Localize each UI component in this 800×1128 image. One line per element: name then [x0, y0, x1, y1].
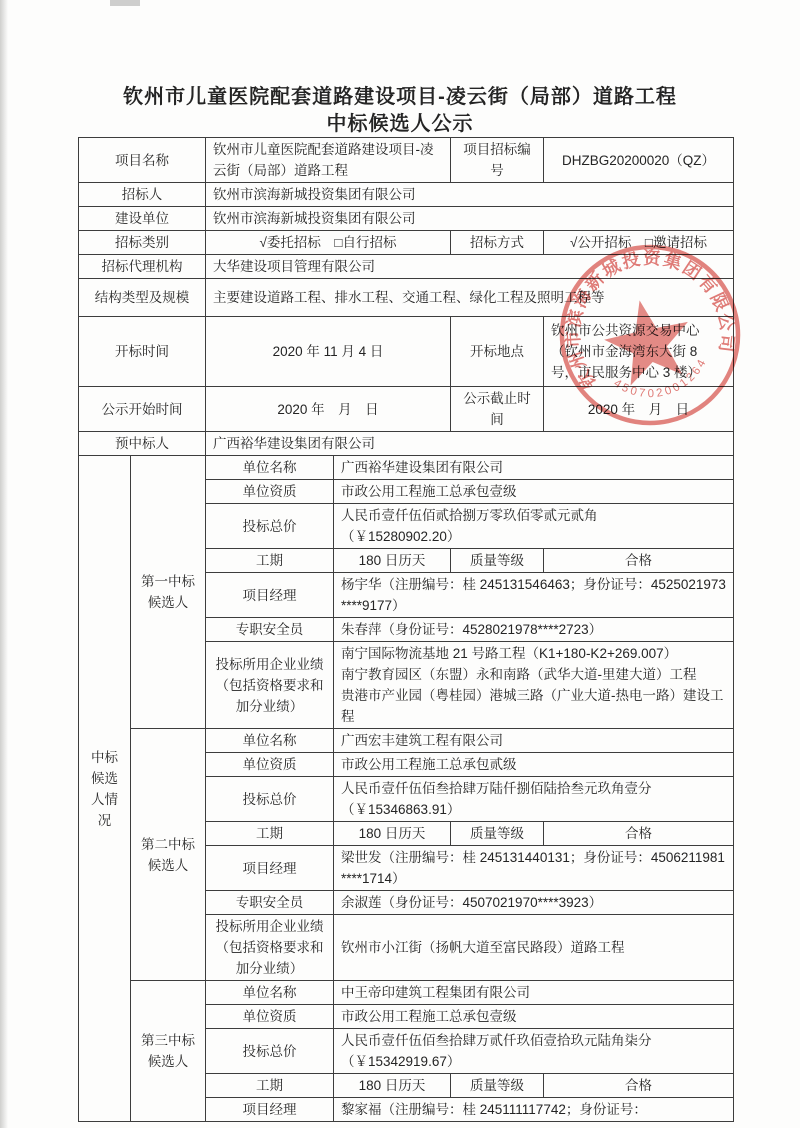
candidate3-pm-label: 项目经理 — [206, 1098, 334, 1122]
candidate3-rank-label: 第三中标候选人 — [131, 981, 206, 1122]
tender-category-label: 招标类别 — [79, 231, 206, 255]
candidate2-achievements-value: 钦州市小江街（扬帆大道至富民路段）道路工程 — [334, 915, 734, 981]
scan-artifact — [110, 0, 140, 6]
structure-type-label: 结构类型及规模 — [79, 279, 206, 317]
document-title: 钦州市儿童医院配套道路建设项目-凌云街（局部）道路工程 中标候选人公示 — [0, 84, 800, 138]
candidate2-unit-name-value: 广西宏丰建筑工程有限公司 — [334, 729, 734, 753]
document-title-line2: 中标候选人公示 — [0, 111, 800, 138]
tender-method-label: 招标方式 — [451, 231, 544, 255]
candidate2-safety-label: 专职安全员 — [206, 891, 334, 915]
candidate2-pm-label: 项目经理 — [206, 846, 334, 891]
candidate1-rank-label: 第一中标候选人 — [131, 456, 206, 729]
bid-opening-time-value: 2020 年 11 月 4 日 — [206, 317, 451, 387]
candidate3-unit-name-value: 中王帝印建筑工程集团有限公司 — [334, 981, 734, 1005]
bid-notice-table: 项目名称 钦州市儿童医院配套道路建设项目-凌云街（局部）道路工程 项目招标编号 … — [78, 137, 734, 1122]
candidate3-duration-value: 180 日历天 — [334, 1074, 451, 1098]
candidate1-achievements-label: 投标所用企业业绩（包括资格要求和加分业绩） — [206, 642, 334, 729]
prewinner-value: 广西裕华建设集团有限公司 — [206, 432, 734, 456]
candidate1-bid-price-label: 投标总价 — [206, 504, 334, 549]
candidate2-achievements-label: 投标所用企业业绩（包括资格要求和加分业绩） — [206, 915, 334, 981]
candidate2-unit-qual-label: 单位资质 — [206, 753, 334, 777]
candidate1-pm-value: 杨宇华（注册编号：桂 245131546463；身份证号：4525021973*… — [334, 573, 734, 618]
candidate1-unit-name-value: 广西裕华建设集团有限公司 — [334, 456, 734, 480]
tenderee-value: 钦州市滨海新城投资集团有限公司 — [206, 183, 734, 207]
candidate2-safety-value: 余淑莲（身份证号：4507021970****3923） — [334, 891, 734, 915]
candidate3-quality-label: 质量等级 — [451, 1074, 544, 1098]
notice-end-value: 2020 年 月 日 — [544, 387, 734, 432]
candidate1-achievements-value: 南宁国际物流基地 21 号路工程（K1+180-K2+269.007） 南宁教育… — [334, 642, 734, 729]
candidate1-quality-label: 质量等级 — [451, 549, 544, 573]
candidate3-bid-price-label: 投标总价 — [206, 1029, 334, 1074]
notice-start-label: 公示开始时间 — [79, 387, 206, 432]
candidate1-bid-price-value: 人民币壹仟伍佰贰拾捌万零玖佰零贰元贰角 （￥15280902.20） — [334, 504, 734, 549]
candidate2-unit-qual-value: 市政公用工程施工总承包贰级 — [334, 753, 734, 777]
candidate3-duration-label: 工期 — [206, 1074, 334, 1098]
notice-end-label: 公示截止时间 — [451, 387, 544, 432]
tender-method-checkboxes: √公开招标 □邀请招标 — [544, 231, 734, 255]
scan-edge-shadow — [0, 0, 8, 1128]
candidate2-rank-label: 第二中标候选人 — [131, 729, 206, 981]
construction-unit-value: 钦州市滨海新城投资集团有限公司 — [206, 207, 734, 231]
bid-number-value: DHZBG20200020（QZ） — [544, 138, 734, 183]
candidate1-unit-qual-value: 市政公用工程施工总承包壹级 — [334, 480, 734, 504]
tender-agency-value: 大华建设项目管理有限公司 — [206, 255, 734, 279]
candidate3-unit-name-label: 单位名称 — [206, 981, 334, 1005]
tender-category-checkboxes: √委托招标 □自行招标 — [206, 231, 451, 255]
candidate3-unit-qual-label: 单位资质 — [206, 1005, 334, 1029]
project-name-label: 项目名称 — [79, 138, 206, 183]
candidate3-pm-value: 黎家福（注册编号：桂 245111117742；身份证号： — [334, 1098, 734, 1122]
structure-type-value: 主要建设道路工程、排水工程、交通工程、绿化工程及照明工程等 — [206, 279, 734, 317]
candidate2-quality-label: 质量等级 — [451, 822, 544, 846]
candidate1-pm-label: 项目经理 — [206, 573, 334, 618]
candidate2-bid-price-value: 人民币壹仟伍佰叁拾肆万陆仟捌佰陆拾叁元玖角壹分 （￥15346863.91） — [334, 777, 734, 822]
notice-start-value: 2020 年 月 日 — [206, 387, 451, 432]
candidates-section-label: 中标候选人情况 — [79, 456, 131, 1122]
document-title-line1: 钦州市儿童医院配套道路建设项目-凌云街（局部）道路工程 — [0, 84, 800, 111]
construction-unit-label: 建设单位 — [79, 207, 206, 231]
bid-opening-place-label: 开标地点 — [451, 317, 544, 387]
candidate1-quality-value: 合格 — [544, 549, 734, 573]
bid-number-label: 项目招标编号 — [451, 138, 544, 183]
candidate2-pm-value: 梁世发（注册编号：桂 245131440131；身份证号：4506211981*… — [334, 846, 734, 891]
candidate1-unit-qual-label: 单位资质 — [206, 480, 334, 504]
bid-opening-place-value: 钦州市公共资源交易中心（钦州市金海湾东大街 8 号，市民服务中心 3 楼） — [544, 317, 734, 387]
candidate1-unit-name-label: 单位名称 — [206, 456, 334, 480]
candidate2-duration-value: 180 日历天 — [334, 822, 451, 846]
project-name-value: 钦州市儿童医院配套道路建设项目-凌云街（局部）道路工程 — [206, 138, 451, 183]
bid-opening-time-label: 开标时间 — [79, 317, 206, 387]
candidate2-duration-label: 工期 — [206, 822, 334, 846]
candidate3-quality-value: 合格 — [544, 1074, 734, 1098]
candidate1-duration-label: 工期 — [206, 549, 334, 573]
candidate3-bid-price-value: 人民币壹仟伍佰叁拾肆万贰仟玖佰壹拾玖元陆角柒分 （￥15342919.67） — [334, 1029, 734, 1074]
scanned-document-page: 钦州市儿童医院配套道路建设项目-凌云街（局部）道路工程 中标候选人公示 项目名称… — [0, 0, 800, 1128]
candidate2-quality-value: 合格 — [544, 822, 734, 846]
candidate3-unit-qual-value: 市政公用工程施工总承包壹级 — [334, 1005, 734, 1029]
candidate1-safety-value: 朱春萍（身份证号：4528021978****2723） — [334, 618, 734, 642]
candidate2-bid-price-label: 投标总价 — [206, 777, 334, 822]
tenderee-label: 招标人 — [79, 183, 206, 207]
prewinner-label: 预中标人 — [79, 432, 206, 456]
candidate1-duration-value: 180 日历天 — [334, 549, 451, 573]
candidate1-safety-label: 专职安全员 — [206, 618, 334, 642]
tender-agency-label: 招标代理机构 — [79, 255, 206, 279]
candidate2-unit-name-label: 单位名称 — [206, 729, 334, 753]
